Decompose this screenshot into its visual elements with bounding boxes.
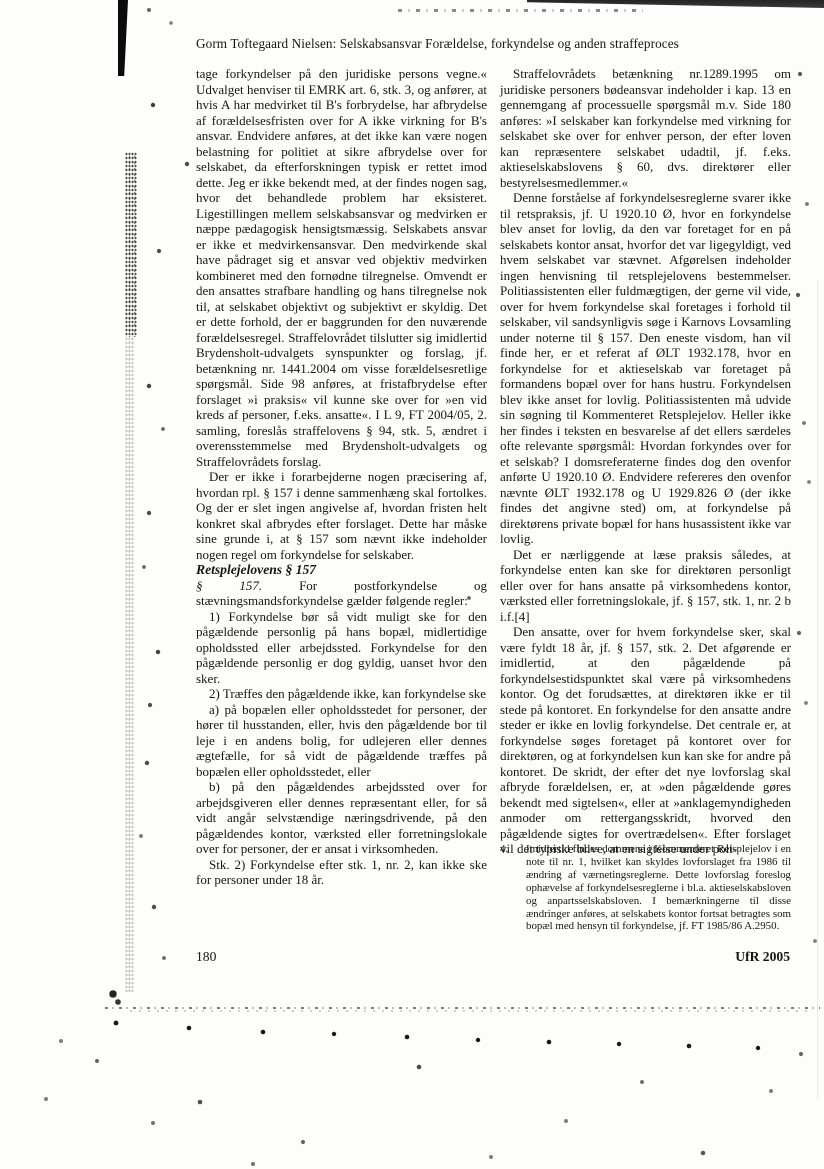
scan-gutter-noise-heavy — [125, 152, 137, 337]
statute-item: b) på den pågældendes arbejdssted over f… — [196, 779, 487, 857]
body-paragraph: Det er nærliggende at læse praksis såled… — [500, 547, 791, 625]
body-paragraph: Straffelovrådets betænkning nr.1289.1995… — [500, 66, 791, 190]
body-paragraph: Der er ikke i forarbejderne nogen præcis… — [196, 469, 487, 562]
footnote-number: 4. — [500, 843, 526, 933]
statute-item: 1) Forkyndelse bør så vidt muligt ske fo… — [196, 609, 487, 687]
right-column: Straffelovrådets betænkning nr.1289.1995… — [500, 66, 791, 857]
statute-intro: § 157. For postforkyndelse og stævningsm… — [196, 578, 487, 609]
body-paragraph: tage forkyndelser på den juridiske perso… — [196, 66, 487, 469]
scan-right-edge-line — [817, 280, 818, 1100]
statute-item: Stk. 2) Forkyndelse efter stk. 1, nr. 2,… — [196, 857, 487, 888]
statute-item: a) på bopælen eller opholdsstedet for pe… — [196, 702, 487, 780]
scan-top-dashed-line — [398, 9, 643, 12]
left-column: tage forkyndelser på den juridiske perso… — [196, 66, 487, 888]
scan-bottom-edge-line — [105, 1007, 820, 1009]
statute-number: § 157. — [196, 578, 262, 593]
scan-bottom-edge-line-2 — [130, 1010, 810, 1012]
footnote-text: Imidlertid findes dommene i Kommenteret … — [526, 843, 791, 933]
scanned-journal-page: Gorm Toftegaard Nielsen: Selskabsansvar … — [0, 0, 824, 1169]
footnote: 4. Imidlertid findes dommene i Kommenter… — [500, 843, 791, 933]
section-heading: Retsplejelovens § 157 — [196, 562, 487, 578]
body-paragraph: Denne forståelse af forkyndelsesreglerne… — [500, 190, 791, 547]
scan-binding-bar — [118, 0, 128, 76]
scan-specks-bottom — [0, 0, 2, 2]
running-header: Gorm Toftegaard Nielsen: Selskabsansvar … — [196, 36, 796, 52]
statute-item: 2) Træffes den pågældende ikke, kan fork… — [196, 686, 487, 702]
journal-volume-label: UfR 2005 — [660, 949, 790, 965]
page-number: 180 — [196, 949, 216, 965]
scan-top-edge-bar — [527, 0, 824, 8]
body-paragraph: Den ansatte, over for hvem forkyndelse s… — [500, 624, 791, 857]
scan-gutter-noise-light — [125, 337, 134, 992]
